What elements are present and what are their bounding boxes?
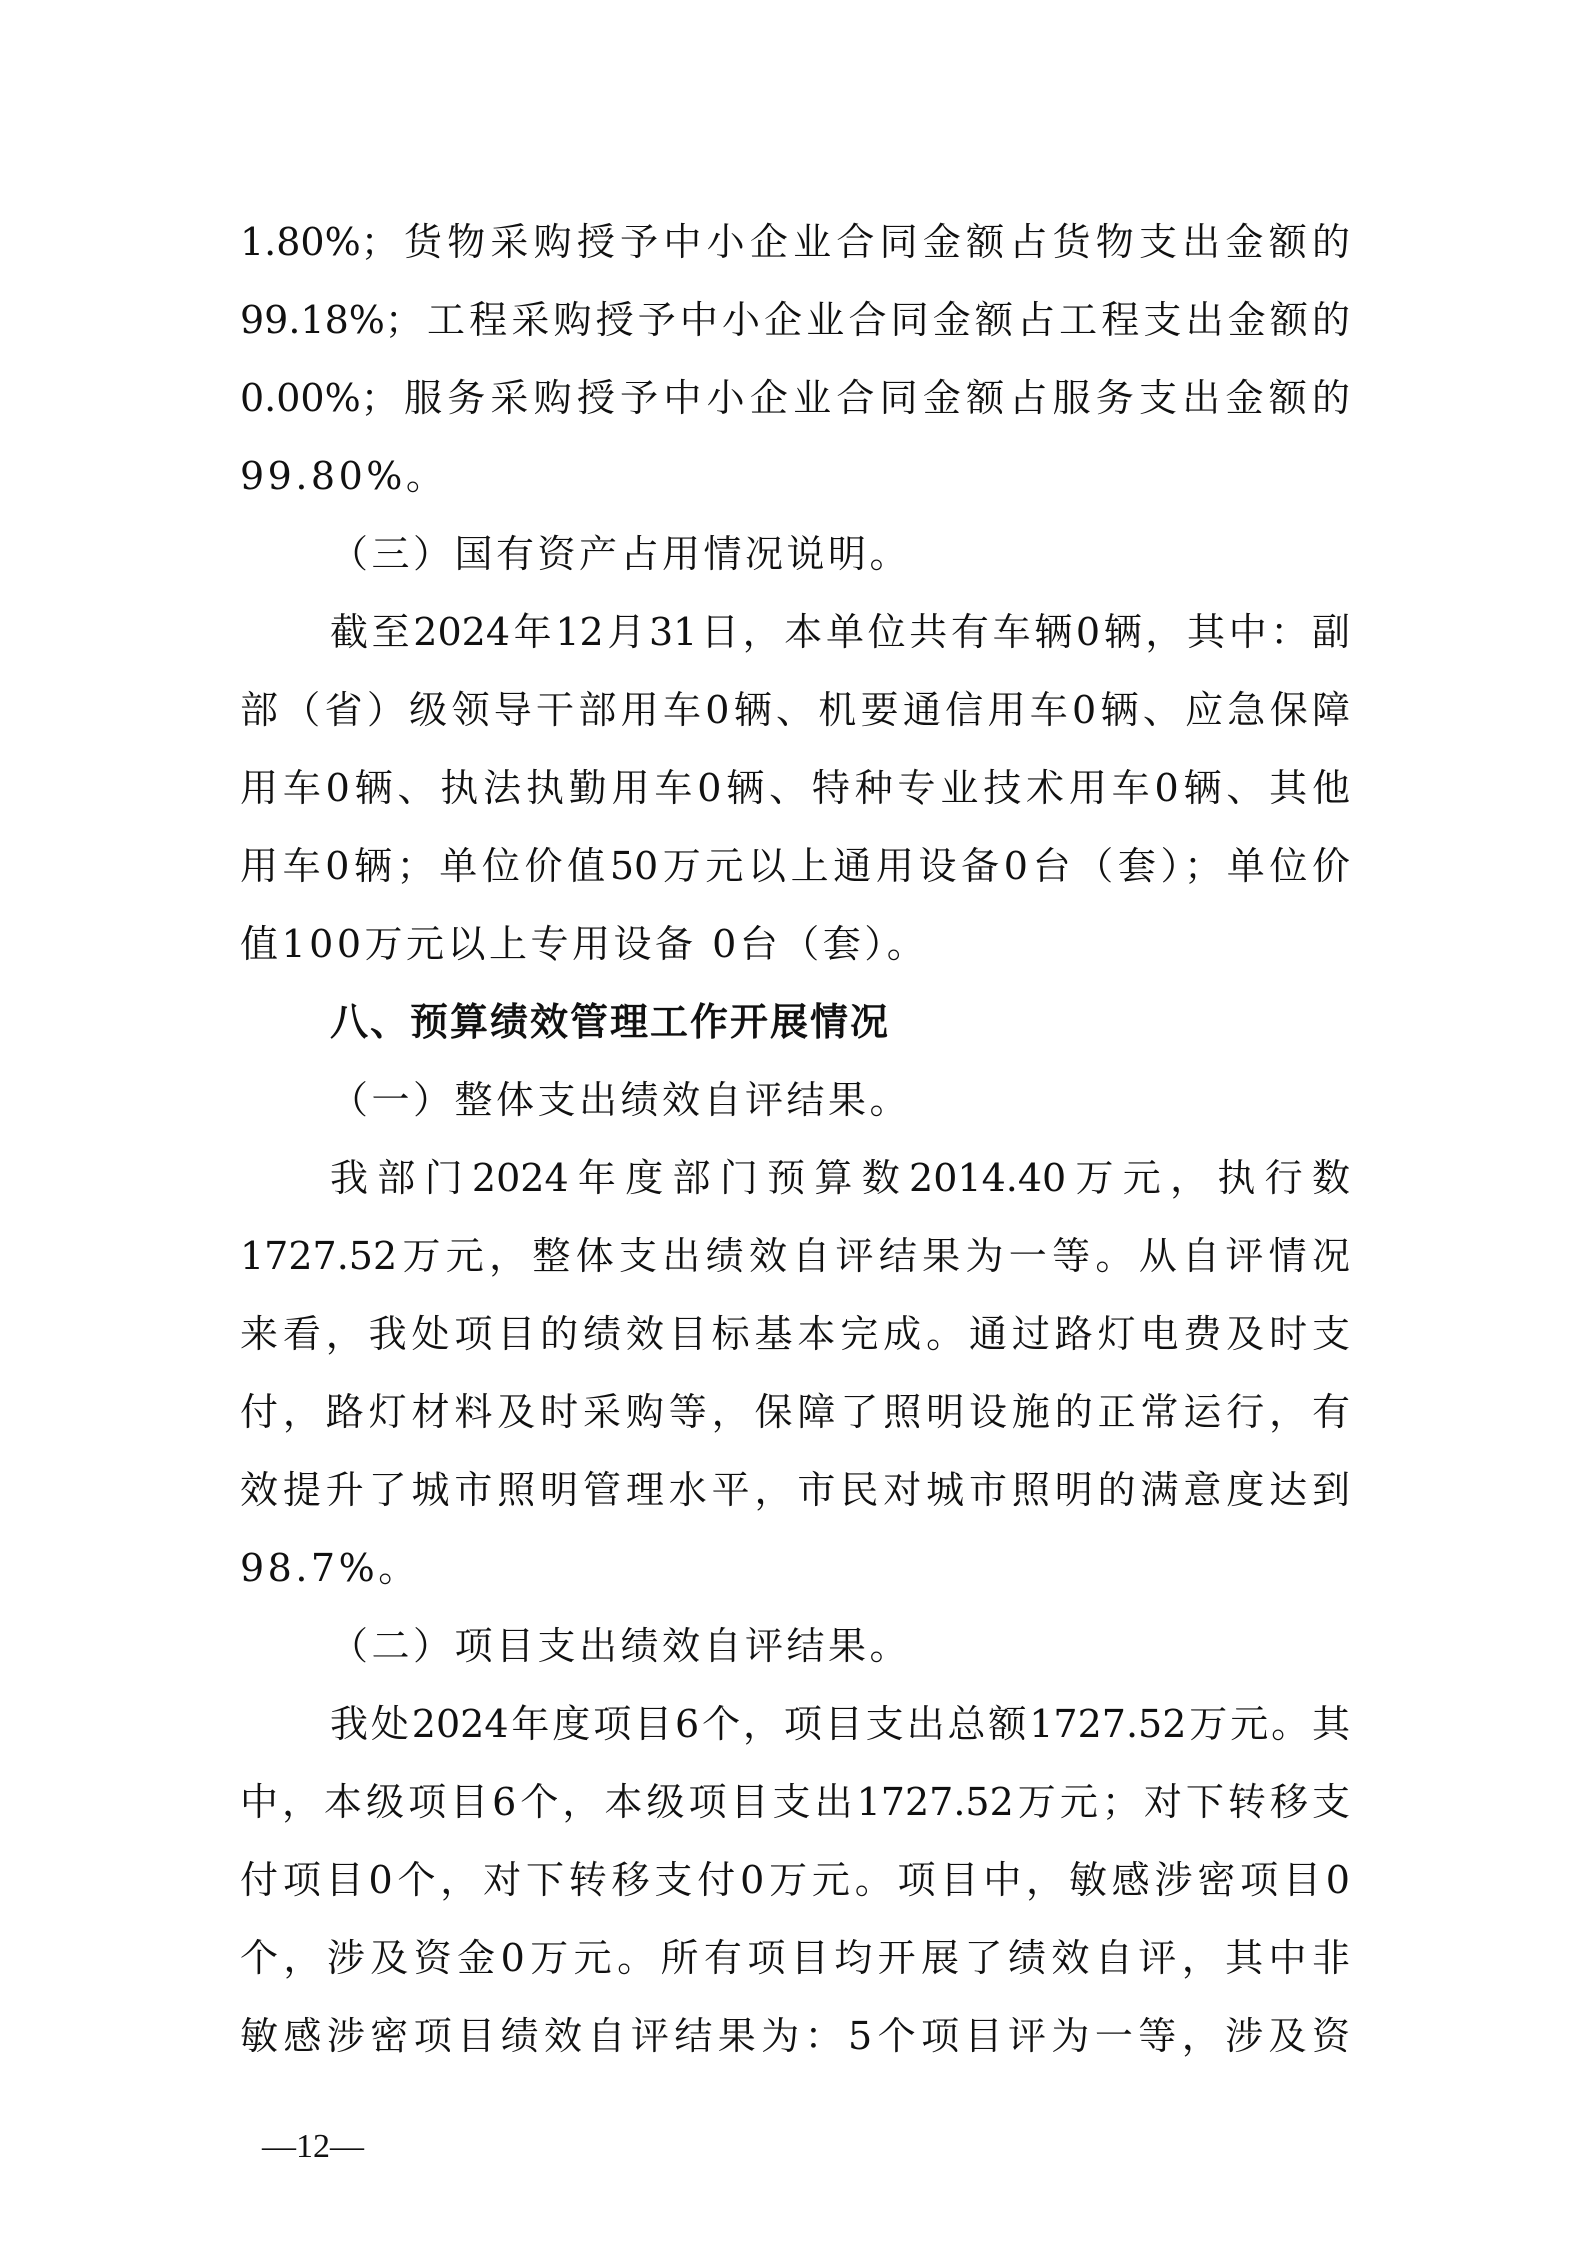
text-line: 值100万元以上专用设备 0台（套）。 bbox=[240, 920, 1350, 968]
document-page: 1.80%；货物采购授予中小企业合同金额占货物支出金额的99.18%；工程采购授… bbox=[0, 0, 1587, 2245]
text-line: 部（省）级领导干部用车0辆、机要通信用车0辆、应急保障 bbox=[240, 686, 1350, 734]
text-line: （一）整体支出绩效自评结果。 bbox=[330, 1076, 1350, 1124]
text-line: （三）国有资产占用情况说明。 bbox=[330, 530, 1350, 578]
text-line: 来看，我处项目的绩效目标基本完成。通过路灯电费及时支 bbox=[240, 1310, 1350, 1358]
page-number: —12— bbox=[262, 2127, 364, 2167]
text-line: 98.7%。 bbox=[240, 1544, 1350, 1592]
text-line: 我处2024年度项目6个，项目支出总额1727.52万元。其 bbox=[330, 1700, 1350, 1748]
text-line: 用车0辆；单位价值50万元以上通用设备0台（套）；单位价 bbox=[240, 842, 1350, 890]
text-line: 用车0辆、执法执勤用车0辆、特种专业技术用车0辆、其他 bbox=[240, 764, 1350, 812]
text-line: 中，本级项目6个，本级项目支出1727.52万元；对下转移支 bbox=[240, 1778, 1350, 1826]
text-line: 我部门2024年度部门预算数2014.40万元，执行数 bbox=[330, 1154, 1350, 1202]
text-line: 99.18%；工程采购授予中小企业合同金额占工程支出金额的 bbox=[240, 296, 1350, 344]
section-heading: 八、预算绩效管理工作开展情况 bbox=[330, 998, 1350, 1046]
text-line: 付，路灯材料及时采购等，保障了照明设施的正常运行，有 bbox=[240, 1388, 1350, 1436]
text-line: 0.00%；服务采购授予中小企业合同金额占服务支出金额的 bbox=[240, 374, 1350, 422]
text-line: 个，涉及资金0万元。所有项目均开展了绩效自评，其中非 bbox=[240, 1934, 1350, 1982]
text-line: 敏感涉密项目绩效自评结果为：5个项目评为一等，涉及资 bbox=[240, 2012, 1350, 2060]
text-line: 效提升了城市照明管理水平，市民对城市照明的满意度达到 bbox=[240, 1466, 1350, 1514]
text-line: 付项目0个，对下转移支付0万元。项目中，敏感涉密项目0 bbox=[240, 1856, 1350, 1904]
text-line: 99.80%。 bbox=[240, 452, 1350, 500]
text-line: 1.80%；货物采购授予中小企业合同金额占货物支出金额的 bbox=[240, 218, 1350, 266]
text-line: 截至2024年12月31日，本单位共有车辆0辆，其中：副 bbox=[330, 608, 1350, 656]
text-line: 1727.52万元，整体支出绩效自评结果为一等。从自评情况 bbox=[240, 1232, 1350, 1280]
text-line: （二）项目支出绩效自评结果。 bbox=[330, 1622, 1350, 1670]
